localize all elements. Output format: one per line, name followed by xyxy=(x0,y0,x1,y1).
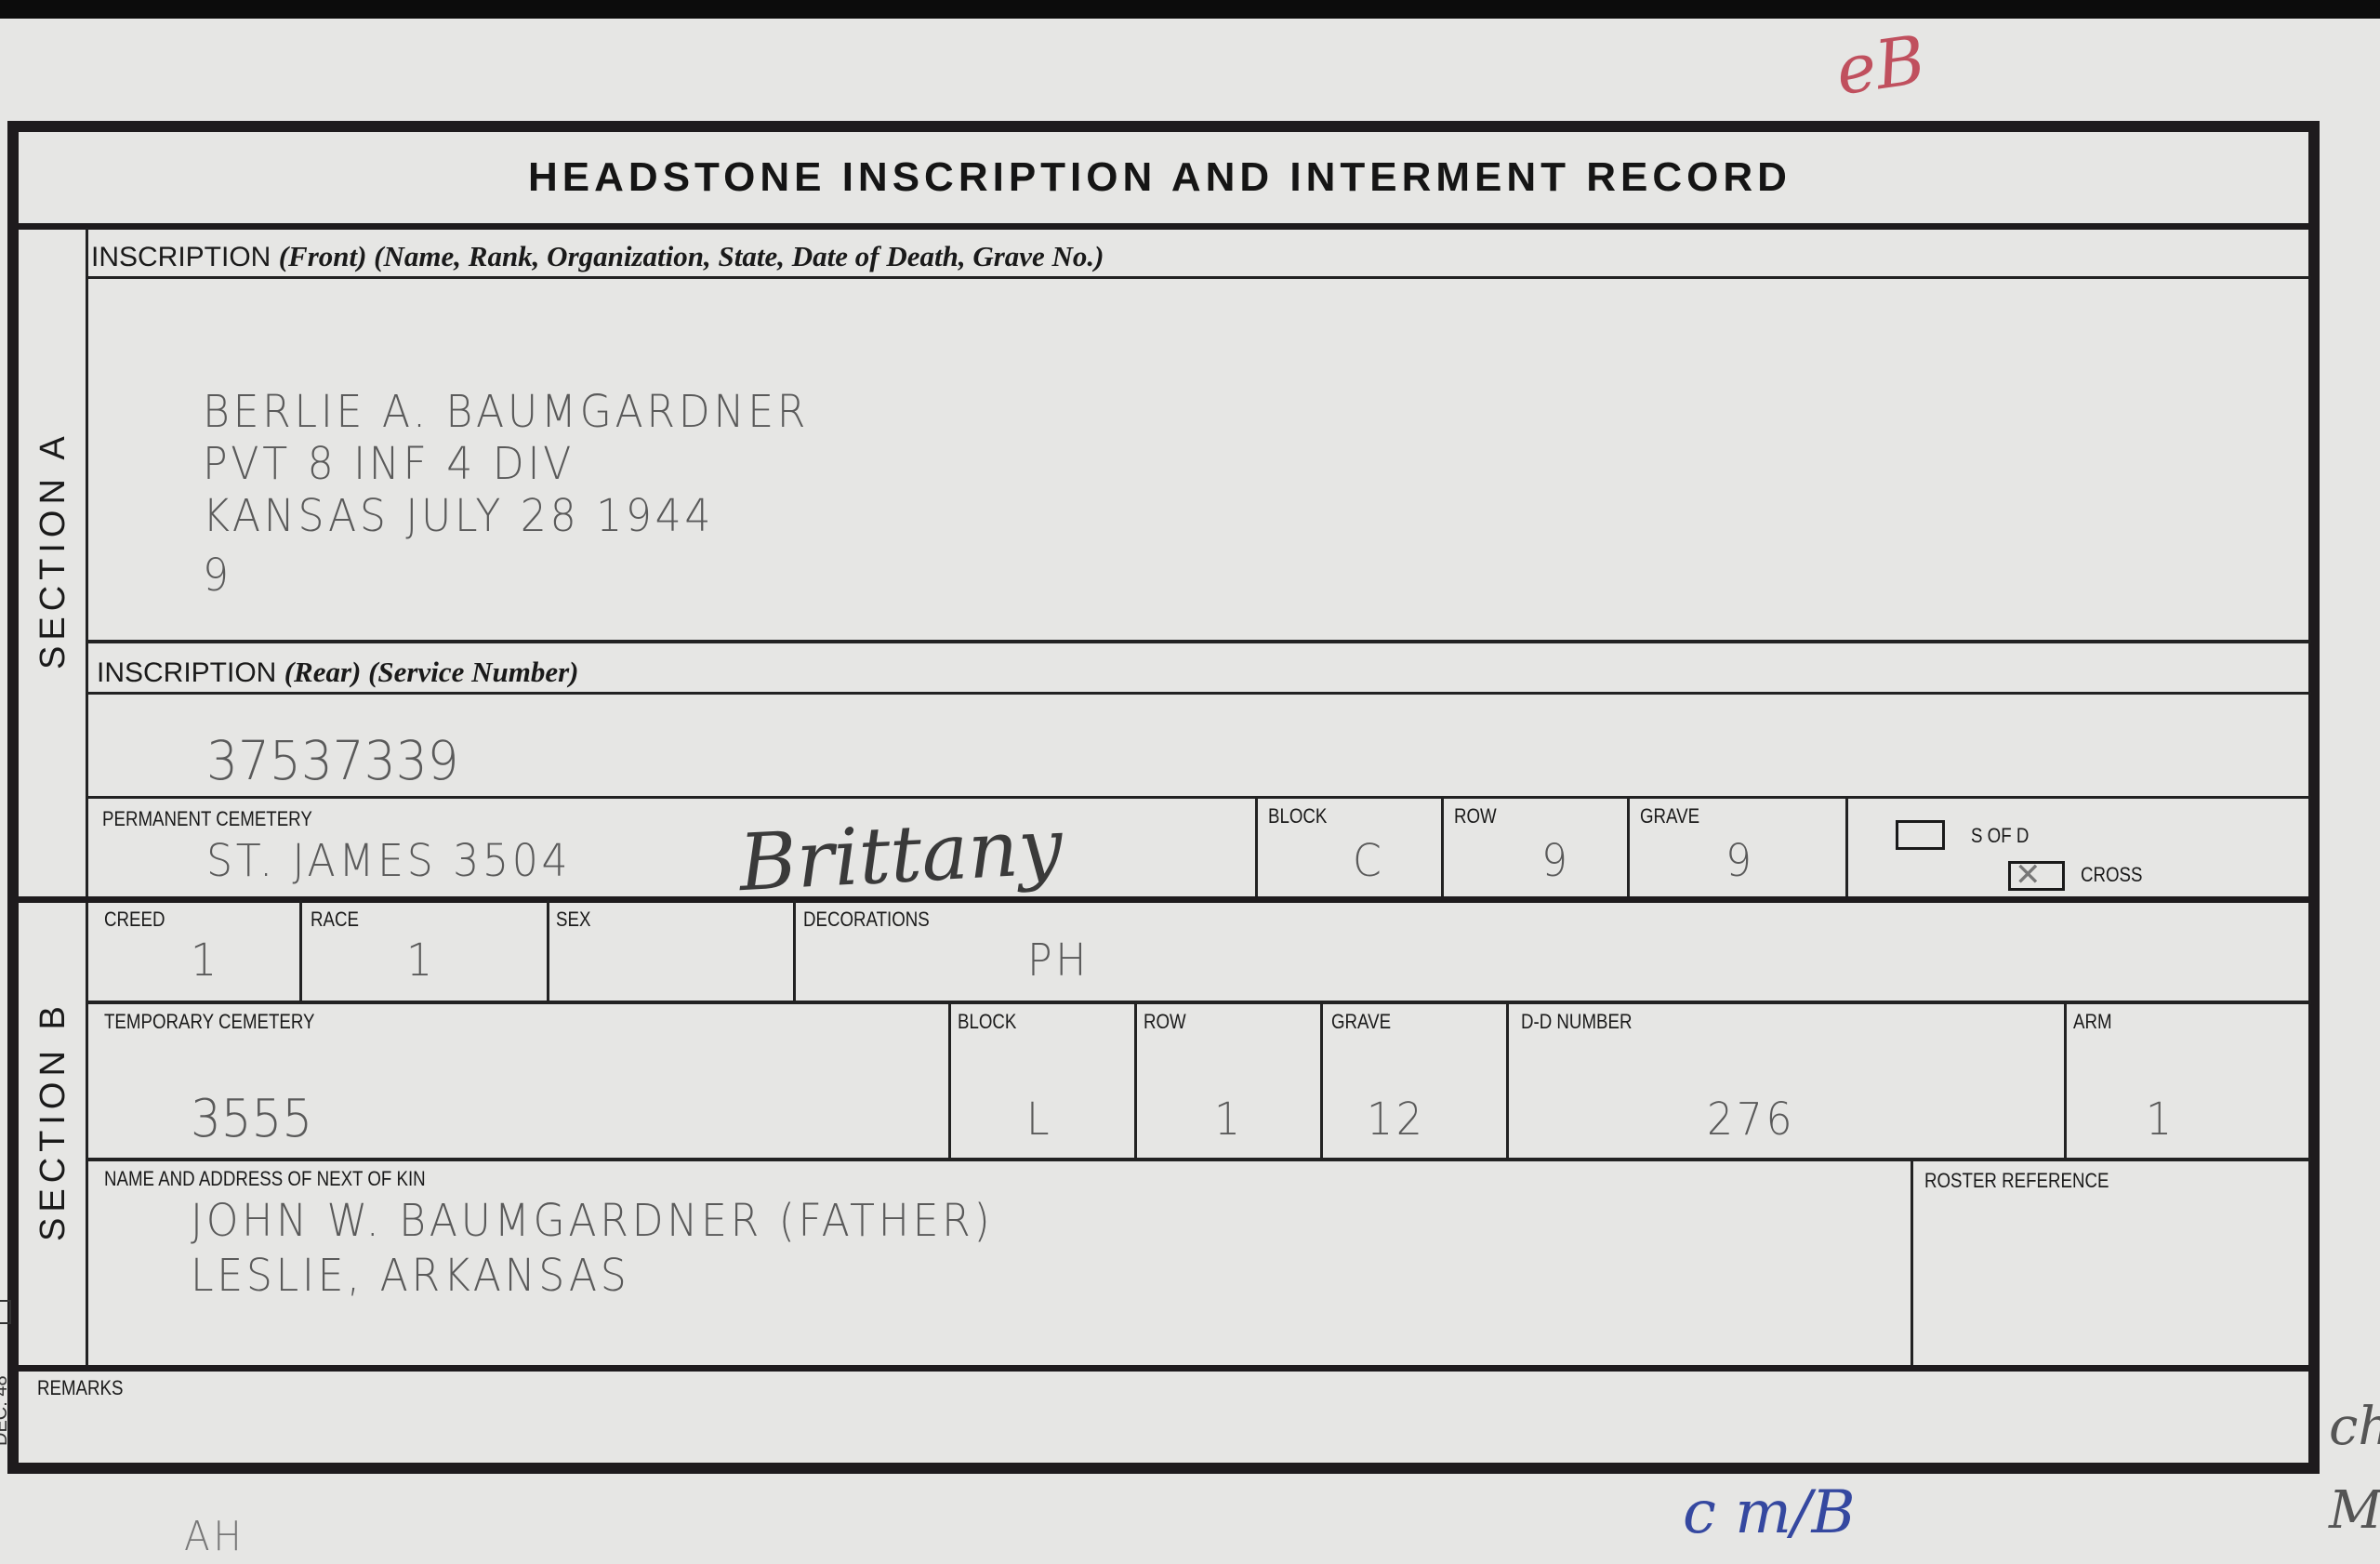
section-a-label: SECTION A xyxy=(33,431,73,669)
decorations-label: DECORATIONS xyxy=(803,908,930,932)
temp-grave-value[interactable]: 12 xyxy=(1367,1093,1426,1146)
creed-label: CREED xyxy=(104,908,165,932)
permanent-cemetery-value[interactable]: ST. JAMES 3504 xyxy=(206,835,571,887)
dd-number-value[interactable]: 276 xyxy=(1707,1093,1795,1146)
inscription-rear-label: INSCRIPTION (Rear) (Service Number) xyxy=(97,656,579,689)
perm-row-label: ROW xyxy=(1454,804,1497,828)
cross-label: CROSS xyxy=(2081,863,2143,887)
brittany-handwritten-note: Brittany xyxy=(737,801,1065,908)
perm-block-label: BLOCK xyxy=(1268,804,1327,828)
scan-top-edge xyxy=(0,0,2380,19)
race-label: RACE xyxy=(311,908,359,932)
roster-reference-value[interactable] xyxy=(1915,1200,2306,1362)
temporary-cemetery-value[interactable]: 3555 xyxy=(191,1093,312,1146)
section-b-label: SECTION B xyxy=(33,1001,73,1241)
form-code-side-text: DEC. 48 xyxy=(0,1375,12,1446)
temp-row-value[interactable]: 1 xyxy=(1214,1093,1244,1146)
perm-row-value[interactable]: 9 xyxy=(1541,835,1571,887)
bottom-typed-initials: AH xyxy=(184,1511,245,1563)
creed-value[interactable]: 1 xyxy=(191,934,220,987)
permanent-cemetery-label: PERMANENT CEMETERY xyxy=(102,807,312,831)
dd-number-label: D-D NUMBER xyxy=(1521,1010,1632,1034)
cross-checkbox[interactable]: ✕ xyxy=(2008,861,2065,891)
red-initials-annotation: eB xyxy=(1831,20,1930,110)
decorations-value[interactable]: PH xyxy=(1027,934,1090,987)
temp-row-label: ROW xyxy=(1144,1010,1186,1034)
perm-grave-label: GRAVE xyxy=(1640,804,1699,828)
race-value[interactable]: 1 xyxy=(406,934,436,987)
inscription-front-label: INSCRIPTION (Front) (Name, Rank, Organiz… xyxy=(91,240,1104,273)
roster-reference-label: ROSTER REFERENCE xyxy=(1924,1169,2109,1193)
s-of-d-checkbox[interactable] xyxy=(1896,820,1945,850)
perm-grave-value[interactable]: 9 xyxy=(1725,835,1755,887)
temp-block-label: BLOCK xyxy=(958,1010,1016,1034)
next-of-kin-label: NAME AND ADDRESS OF NEXT OF KIN xyxy=(104,1167,426,1191)
blue-initials-annotation: c m/B xyxy=(1683,1478,1855,1547)
temporary-cemetery-label: TEMPORARY CEMETERY xyxy=(104,1010,315,1034)
temp-block-value[interactable]: L xyxy=(1026,1093,1052,1146)
sex-label: SEX xyxy=(556,908,590,932)
checkmark-x-icon: ✕ xyxy=(2015,856,2042,894)
remarks-value[interactable] xyxy=(28,1404,2296,1460)
side-box-mark xyxy=(0,1300,11,1324)
right-margin-pencil-note: ch Mu xyxy=(2329,1385,2380,1553)
arm-value[interactable]: 1 xyxy=(2146,1093,2175,1146)
remarks-label: REMARKS xyxy=(37,1376,123,1400)
form-title: HEADSTONE INSCRIPTION AND INTERMENT RECO… xyxy=(0,154,2320,201)
perm-block-value[interactable]: C xyxy=(1353,835,1385,887)
temp-grave-label: GRAVE xyxy=(1331,1010,1391,1034)
arm-label: ARM xyxy=(2073,1010,2112,1034)
service-number-value[interactable]: 37537339 xyxy=(206,735,459,787)
s-of-d-label: S OF D xyxy=(1971,824,2029,848)
